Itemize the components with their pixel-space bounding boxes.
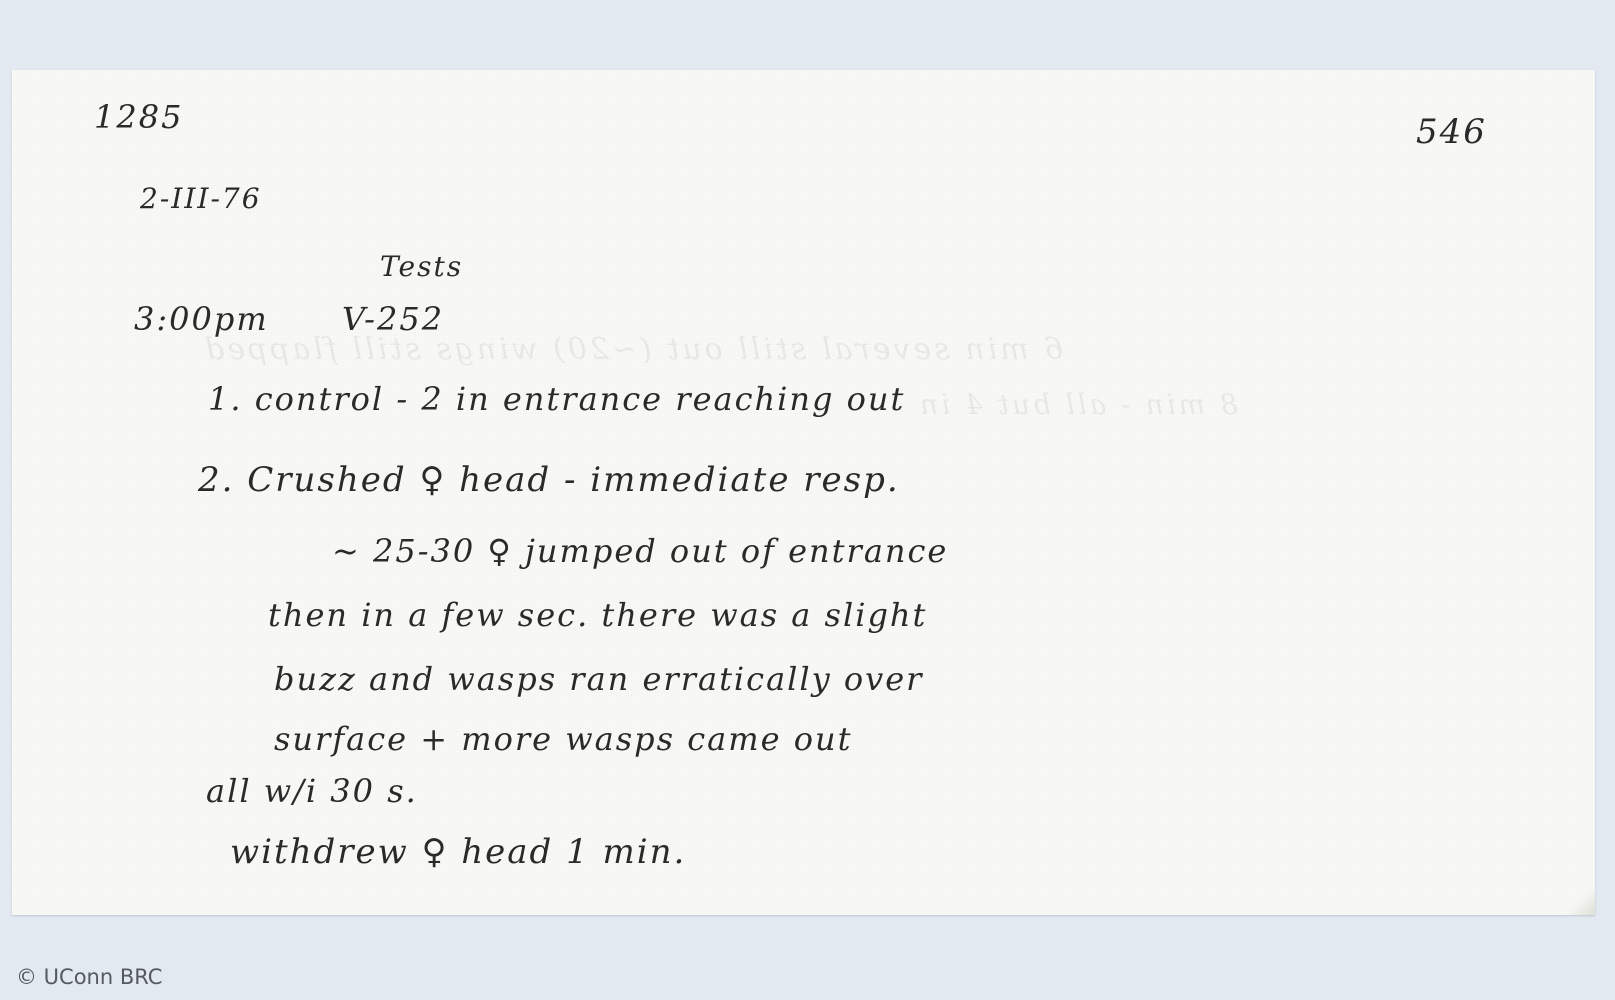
- bleed-through-line-1: 6 min several still out (~20) wings stil…: [202, 332, 1063, 367]
- card-corner-curl: [1555, 875, 1595, 915]
- date: 2-III-76: [140, 182, 262, 215]
- time: 3:00pm: [134, 300, 269, 338]
- page-number: 546: [1416, 112, 1487, 152]
- index-card: 6 min several still out (~20) wings stil…: [12, 70, 1595, 915]
- copyright-credit: © UConn BRC: [16, 965, 162, 989]
- note-line-1: 1. control - 2 in entrance reaching out: [208, 380, 905, 418]
- note-line-4: then in a few sec. there was a slight: [268, 596, 927, 634]
- note-line-8: withdrew ♀ head 1 min.: [230, 832, 686, 872]
- note-line-6: surface + more wasps came out: [274, 720, 852, 758]
- specimen-id: V-252: [342, 300, 444, 338]
- catalog-number: 1285: [94, 98, 183, 136]
- note-line-5: buzz and wasps ran erratically over: [274, 660, 923, 698]
- heading-tests: Tests: [380, 250, 463, 283]
- note-line-7: all w/i 30 s.: [206, 772, 418, 810]
- bleed-through-line-2: 8 min - all but 4 in: [917, 388, 1238, 421]
- note-line-2: 2. Crushed ♀ head - immediate resp.: [198, 460, 900, 500]
- note-line-3: ~ 25-30 ♀ jumped out of entrance: [332, 532, 948, 570]
